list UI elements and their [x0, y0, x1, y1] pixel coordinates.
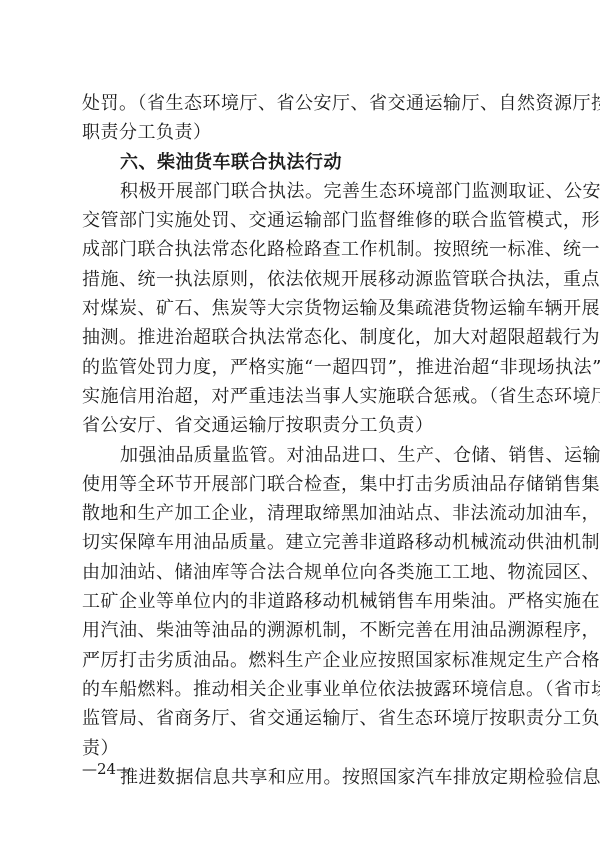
text-line: 对煤炭、矿石、焦炭等大宗货物运输及集疏港货物运输车辆开展: [82, 294, 528, 323]
text-line: 交管部门实施处罚、交通运输部门监督维修的联合监管模式，形: [82, 206, 528, 235]
text-line: 抽测。推进治超联合执法常态化、制度化，加大对超限超载行为: [82, 323, 528, 352]
text-line: 严厉打击劣质油品。燃料生产企业应按照国家标准规定生产合格: [82, 646, 528, 675]
text-line: 实施信用治超，对严重违法当事人实施联合惩戒。（省生态环境厅、: [82, 382, 528, 411]
text-line: 切实保障车用油品质量。建立完善非道路移动机械流动供油机制，: [82, 528, 528, 557]
page-number: —24—: [82, 760, 131, 778]
text-line: 由加油站、储油库等合法合规单位向各类施工工地、物流园区、: [82, 558, 528, 587]
document-page: 处罚。（省生态环境厅、省公安厅、省交通运输厅、自然资源厅按 职责分工负责） 六、…: [82, 89, 528, 792]
text-line: 使用等全环节开展部门联合检查，集中打击劣质油品存储销售集: [82, 470, 528, 499]
text-line: 工矿企业等单位内的非道路移动机械销售车用柴油。严格实施在: [82, 587, 528, 616]
text-line: 措施、统一执法原则，依法依规开展移动源监管联合执法，重点: [82, 265, 528, 294]
text-line: 的车船燃料。推动相关企业事业单位依法披露环境信息。（省市场: [82, 675, 528, 704]
section-heading: 六、柴油货车联合执法行动: [82, 148, 528, 177]
text-line: 省公安厅、省交通运输厅按职责分工负责）: [82, 411, 528, 440]
text-line: 处罚。（省生态环境厅、省公安厅、省交通运输厅、自然资源厅按: [82, 89, 528, 118]
paragraph-start: 加强油品质量监管。对油品进口、生产、仓储、销售、运输、: [82, 441, 528, 470]
text-line: 的监管处罚力度，严格实施“一超四罚”，推进治超“非现场执法”。: [82, 353, 528, 382]
text-line: 责）: [82, 734, 528, 763]
text-line: 职责分工负责）: [82, 118, 528, 147]
text-line: 用汽油、柴油等油品的溯源机制，不断完善在用油品溯源程序，: [82, 616, 528, 645]
paragraph-start: 积极开展部门联合执法。完善生态环境部门监测取证、公安: [82, 177, 528, 206]
text-line: 散地和生产加工企业，清理取缔黑加油站点、非法流动加油车，: [82, 499, 528, 528]
text-line: 监管局、省商务厅、省交通运输厅、省生态环境厅按职责分工负: [82, 704, 528, 733]
text-line: 成部门联合执法常态化路检路查工作机制。按照统一标准、统一: [82, 235, 528, 264]
paragraph-start: 推进数据信息共享和应用。按照国家汽车排放定期检验信息: [82, 763, 528, 792]
